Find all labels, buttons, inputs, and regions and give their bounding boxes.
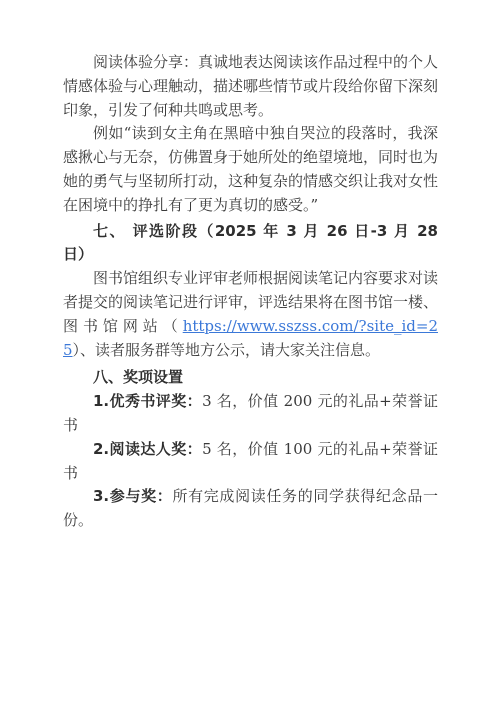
paragraph-example-quote: 例如“读到女主角在黑暗中独自哭泣的段落时，我深感揪心与无奈，仿佛置身于她所处的绝… [63,122,438,217]
award-item-best-review: 1.优秀书评奖：3 名，价值 200 元的礼品+荣誉证书 [63,390,438,438]
award-label-reading-expert: 2.阅读达人奖： [93,440,202,458]
document-page: 阅读体验分享：真诚地表达阅读该作品过程中的个人情感体验与心理触动，描述哪些情节或… [0,0,500,707]
heading-awards: 八、奖项设置 [63,366,438,390]
award-label-best-review: 1.优秀书评奖： [93,392,202,410]
award-label-participation: 3.参与奖： [93,487,172,505]
heading-selection-stage: 七、 评选阶段（2025 年 3 月 26 日-3 月 28 日） [63,220,438,268]
award-item-reading-expert: 2.阅读达人奖：5 名，价值 100 元的礼品+荣誉证书 [63,438,438,486]
award-item-participation: 3.参与奖：所有完成阅读任务的同学获得纪念品一份。 [63,485,438,533]
review-text-after-link: ）、读者服务群等地方公示，请大家关注信息。 [73,341,381,359]
paragraph-review-info: 图书馆组织专业评审老师根据阅读笔记内容要求对读者提交的阅读笔记进行评审，评选结果… [63,267,438,362]
paragraph-reading-experience: 阅读体验分享：真诚地表达阅读该作品过程中的个人情感体验与心理触动，描述哪些情节或… [63,51,438,122]
